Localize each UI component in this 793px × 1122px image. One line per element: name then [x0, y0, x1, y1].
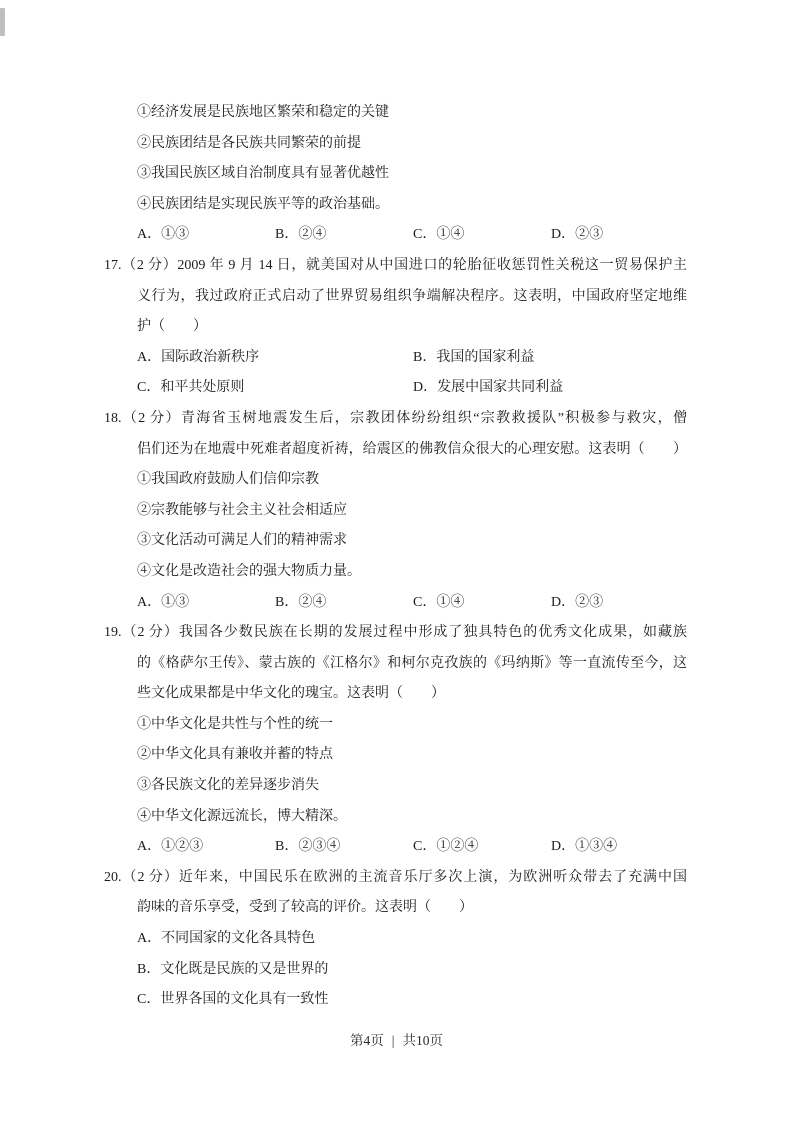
- option-d: D．②③: [551, 220, 687, 251]
- statement-item: ③文化活动可满足人们的精神需求: [0, 526, 793, 557]
- stem-line: 20.（2 分）近年来，中国民乐在欧洲的主流音乐厅多次上演，为欧洲听众带去了充满…: [0, 863, 793, 894]
- stem-line: 义行为，我过政府正式启动了世界贸易组织争端解决程序。这表明，中国政府坚定地维: [0, 282, 793, 313]
- option-c: C．①④: [413, 220, 551, 251]
- option-a: A．不同国家的文化各具特色: [0, 924, 793, 955]
- answer-options-row: A．①②③ B．②③④ C．①②④ D．①③④: [0, 832, 793, 863]
- page-footer: 第4页|共10页: [0, 1031, 793, 1051]
- option-c: C．世界各国的文化具有一致性: [0, 985, 793, 1016]
- option-a: A．①②③: [137, 832, 275, 863]
- question-16-continuation: ①经济发展是民族地区繁荣和稳定的关键 ②民族团结是各民族共同繁荣的前提 ③我国民…: [0, 98, 793, 251]
- option-b: B．文化既是民族的又是世界的: [0, 955, 793, 986]
- question-19: 19.（2 分）我国各少数民族在长期的发展过程中形成了独具特色的优秀文化成果，如…: [0, 618, 793, 863]
- answer-options-row: A．①③ B．②④ C．①④ D．②③: [0, 220, 793, 251]
- footer-separator: |: [388, 1033, 399, 1048]
- statement-item: ①经济发展是民族地区繁荣和稳定的关键: [0, 98, 793, 129]
- stem-line: 侣们还为在地震中死难者超度祈祷，给震区的佛教信众很大的心理安慰。这表明（ ）: [0, 435, 793, 466]
- answer-options-row: C．和平共处原则 D．发展中国家共同利益: [0, 373, 793, 404]
- exam-document-page: ①经济发展是民族地区繁荣和稳定的关键 ②民族团结是各民族共同繁荣的前提 ③我国民…: [0, 0, 793, 1122]
- statement-item: ②民族团结是各民族共同繁荣的前提: [0, 129, 793, 160]
- option-c: C．①②④: [413, 832, 551, 863]
- question-17: 17.（2 分）2009 年 9 月 14 日，就美国对从中国进口的轮胎征收惩罚…: [0, 251, 793, 404]
- question-20: 20.（2 分）近年来，中国民乐在欧洲的主流音乐厅多次上演，为欧洲听众带去了充满…: [0, 863, 793, 1016]
- option-b: B．我国的国家利益: [413, 343, 687, 374]
- stem-line: 19.（2 分）我国各少数民族在长期的发展过程中形成了独具特色的优秀文化成果，如…: [0, 618, 793, 649]
- option-d: D．②③: [551, 588, 687, 619]
- stem-line: 的《格萨尔王传》、蒙古族的《江格尔》和柯尔克孜族的《玛纳斯》等一直流传至今，这: [0, 649, 793, 680]
- page-number-label: 第4页: [346, 1033, 388, 1048]
- statement-item: ①我国政府鼓励人们信仰宗教: [0, 465, 793, 496]
- statement-item: ③各民族文化的差异逐步消失: [0, 771, 793, 802]
- stem-line: 些文化成果都是中华文化的瑰宝。这表明（ ）: [0, 679, 793, 710]
- option-b: B．②④: [275, 220, 413, 251]
- page-content: ①经济发展是民族地区繁荣和稳定的关键 ②民族团结是各民族共同繁荣的前提 ③我国民…: [0, 98, 793, 1016]
- statement-item: ②宗教能够与社会主义社会相适应: [0, 496, 793, 527]
- statement-item: ①中华文化是共性与个性的统一: [0, 710, 793, 741]
- question-18: 18.（2 分）青海省玉树地震发生后，宗教团体纷纷组织“宗教救援队”积极参与救灾…: [0, 404, 793, 618]
- answer-options-row: A．国际政治新秩序 B．我国的国家利益: [0, 343, 793, 374]
- statement-item: ③我国民族区域自治制度具有显著优越性: [0, 159, 793, 190]
- option-a: A．国际政治新秩序: [137, 343, 413, 374]
- option-b: B．②④: [275, 588, 413, 619]
- answer-options-row: A．①③ B．②④ C．①④ D．②③: [0, 588, 793, 619]
- statement-item: ④中华文化源远流长，博大精深。: [0, 802, 793, 833]
- option-b: B．②③④: [275, 832, 413, 863]
- stem-line: 18.（2 分）青海省玉树地震发生后，宗教团体纷纷组织“宗教救援队”积极参与救灾…: [0, 404, 793, 435]
- stem-line: 韵味的音乐享受，受到了较高的评价。这表明（ ）: [0, 893, 793, 924]
- option-c: C．和平共处原则: [137, 373, 413, 404]
- stem-line: 17.（2 分）2009 年 9 月 14 日，就美国对从中国进口的轮胎征收惩罚…: [0, 251, 793, 282]
- statement-item: ④民族团结是实现民族平等的政治基础。: [0, 190, 793, 221]
- option-a: A．①③: [137, 588, 275, 619]
- option-a: A．①③: [137, 220, 275, 251]
- total-pages-label: 共10页: [398, 1033, 447, 1048]
- option-c: C．①④: [413, 588, 551, 619]
- option-d: D．发展中国家共同利益: [413, 373, 687, 404]
- statement-item: ④文化是改造社会的强大物质力量。: [0, 557, 793, 588]
- statement-item: ②中华文化具有兼收并蓄的特点: [0, 740, 793, 771]
- scan-artifact: [0, 8, 5, 36]
- option-d: D．①③④: [551, 832, 687, 863]
- stem-line: 护（ ）: [0, 312, 793, 343]
